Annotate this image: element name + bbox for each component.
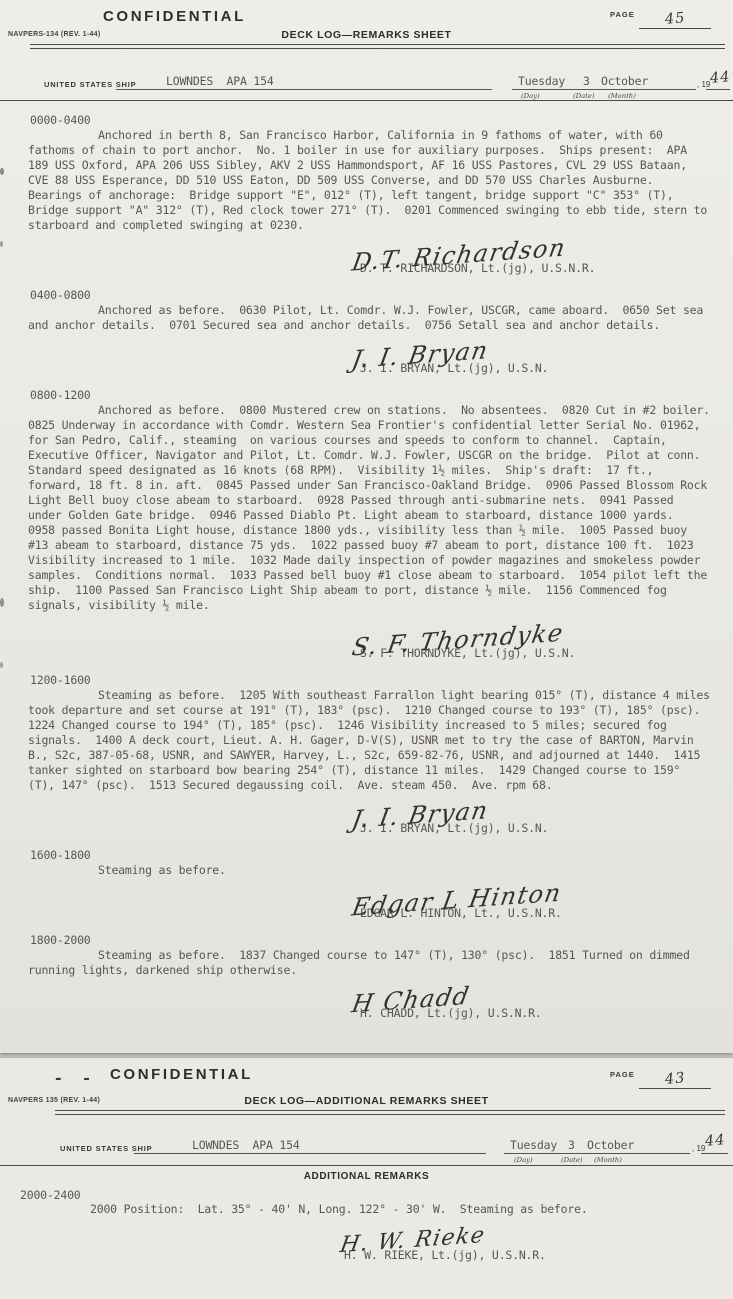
handwritten-year: 44	[709, 69, 731, 87]
entry-time-range: 1200-1600	[30, 673, 733, 688]
month-label: (Month)	[594, 1156, 622, 1164]
entry-time-range: 0800-1200	[30, 388, 733, 403]
date-label: (Date)	[573, 92, 595, 100]
log-entry: 0800-1200 Anchored as before. 0800 Muste…	[0, 388, 733, 661]
ship-name: LOWNDES APA 154	[192, 1138, 300, 1153]
date-day: Tuesday	[510, 1138, 557, 1153]
scan-artifact	[0, 168, 4, 175]
ship-name: LOWNDES APA 154	[166, 74, 274, 89]
page-label: PAGE	[610, 10, 635, 19]
entry-time-range: 1800-2000	[30, 933, 733, 948]
entry-time-range: 0000-0400	[30, 113, 733, 128]
log-entries: 0000-0400 Anchored in berth 8, San Franc…	[0, 107, 733, 1024]
year-prefix: , 19	[697, 80, 710, 89]
date-line	[512, 89, 696, 90]
handwritten-year: 44	[704, 1132, 726, 1150]
signature-block: D.T. Richardson D. T. RICHARDSON, Lt.(jg…	[352, 242, 733, 276]
date-date: 3	[583, 74, 590, 89]
entry-time-range: 0400-0800	[30, 288, 733, 303]
double-rule	[55, 1110, 725, 1115]
entry-text: Anchored as before. 0800 Mustered crew o…	[28, 403, 713, 613]
page-label: PAGE	[610, 1070, 635, 1079]
signature-block: H. W. Rieke H. W. RIEKE, Lt.(jg), U.S.N.…	[340, 1228, 546, 1263]
handwritten-page-number: 43	[664, 1070, 686, 1088]
signature-block: J. I. Bryan J. I. BRYAN, Lt.(jg), U.S.N.	[352, 342, 733, 376]
additional-remarks-heading: ADDITIONAL REMARKS	[0, 1171, 733, 1182]
date-month: October	[587, 1138, 634, 1153]
log-entry: 0000-0400 Anchored in berth 8, San Franc…	[0, 113, 733, 276]
date-date: 3	[568, 1138, 575, 1153]
confidential-stamp: CONFIDENTIAL	[110, 1066, 253, 1083]
year-prefix: , 19	[692, 1144, 705, 1153]
header-rule	[0, 1165, 733, 1166]
month-label: (Month)	[608, 92, 636, 100]
scan-artifact	[0, 241, 3, 247]
entry-text: Steaming as before. 1205 With southeast …	[28, 688, 713, 793]
year-line	[701, 1153, 728, 1154]
entry-text: Steaming as before.	[28, 863, 713, 878]
entry-text: Anchored as before. 0630 Pilot, Lt. Comd…	[28, 303, 713, 333]
log-entry: 1600-1800 Steaming as before. Edgar L Hi…	[0, 848, 733, 921]
ship-label: UNITED STATES SHIP	[44, 80, 136, 89]
entry-time-range: 2000-2400	[20, 1188, 81, 1203]
year-line	[706, 89, 730, 90]
date-label: (Date)	[561, 1156, 583, 1164]
ship-name-line	[134, 1153, 486, 1154]
scan-artifact	[0, 662, 3, 668]
handwritten-page-number: 45	[664, 10, 686, 28]
sheet-title: DECK LOG—REMARKS SHEET	[0, 29, 733, 41]
entry-text: 2000 Position: Lat. 35° - 40' N, Long. 1…	[28, 1202, 713, 1217]
entry-text: Anchored in berth 8, San Francisco Harbo…	[28, 128, 713, 233]
date-month: October	[601, 74, 648, 89]
scan-artifact	[0, 598, 4, 607]
entry-time-range: 1600-1800	[30, 848, 733, 863]
log-entry: 1800-2000 Steaming as before. 1837 Chang…	[0, 933, 733, 1021]
date-line	[504, 1153, 690, 1154]
deck-log-remarks-sheet-page: CONFIDENTIAL PAGE 45 NAVPERS-134 (REV. 1…	[0, 0, 733, 1053]
signature-block: H Chadd H. CHADD, Lt.(jg), U.S.N.R.	[352, 987, 733, 1021]
confidential-stamp: CONFIDENTIAL	[103, 8, 246, 25]
date-day: Tuesday	[518, 74, 565, 89]
signature-block: S. F. Thorndyke S. F. THORNDYKE, Lt.(jg)…	[352, 627, 733, 661]
ship-label: UNITED STATES SHIP	[60, 1144, 152, 1153]
sheet-title: DECK LOG—ADDITIONAL REMARKS SHEET	[0, 1095, 733, 1107]
pen-dash-marks: - -	[55, 1068, 98, 1087]
log-entry: 0400-0800 Anchored as before. 0630 Pilot…	[0, 288, 733, 376]
page-number-line: 45	[639, 10, 711, 29]
page-number-line: 43	[639, 1070, 711, 1089]
ship-name-line	[116, 89, 492, 90]
double-rule	[30, 44, 725, 49]
signature-block: Edgar L Hinton EDGAR L. HINTON, Lt., U.S…	[352, 887, 733, 921]
signature-block: J. I. Bryan J. I. BRYAN, Lt.(jg), U.S.N.	[352, 802, 733, 836]
log-entry: 1200-1600 Steaming as before. 1205 With …	[0, 673, 733, 836]
additional-remarks-sheet-page: - - CONFIDENTIAL PAGE 43 NAVPERS 135 (RE…	[0, 1058, 733, 1299]
day-label: (Day)	[521, 92, 540, 100]
day-label: (Day)	[514, 1156, 533, 1164]
entry-text: Steaming as before. 1837 Changed course …	[28, 948, 713, 978]
page-number-field: PAGE 43	[610, 1070, 711, 1089]
header-rule	[0, 100, 733, 101]
page-number-field: PAGE 45	[610, 10, 711, 29]
